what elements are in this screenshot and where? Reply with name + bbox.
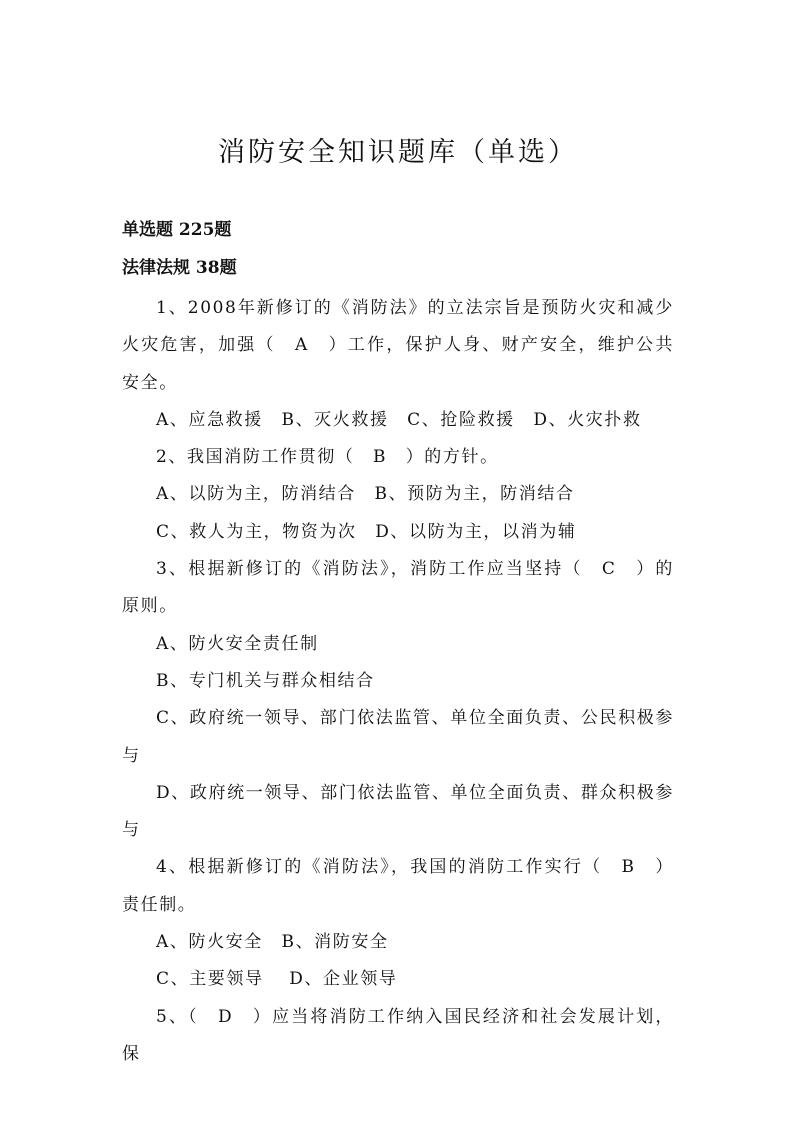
question-4-options-cd: C、主要领导 D、企业领导 xyxy=(122,961,674,998)
question-3-option-d: D、政府统一领导、部门依法监管、单位全面负责、群众积极参与 xyxy=(122,775,674,850)
question-1-options: A、应急救援 B、灭火救援 C、抢险救援 D、火灾扑救 xyxy=(122,402,674,439)
section-heading-single-choice: 单选题 225题 xyxy=(122,218,231,242)
question-3-text: 3、根据新修订的《消防法》，消防工作应当坚持（ C ）的原则。 xyxy=(122,551,674,626)
question-1-text: 1、2008年新修订的《消防法》的立法宗旨是预防火灾和减少火灾危害，加强（ A … xyxy=(122,290,674,402)
section-heading-laws: 法律法规 38题 xyxy=(122,256,237,280)
question-3-option-c: C、政府统一领导、部门依法监管、单位全面负责、公民积极参与 xyxy=(122,700,674,775)
question-2-text: 2、我国消防工作贯彻（ B ）的方针。 xyxy=(122,439,674,476)
question-3-option-a: A、防火安全责任制 xyxy=(122,626,674,663)
question-2-options-cd: C、救人为主，物资为次 D、以防为主，以消为辅 xyxy=(122,514,674,551)
question-3-option-b: B、专门机关与群众相结合 xyxy=(122,663,674,700)
question-4-text: 4、根据新修订的《消防法》，我国的消防工作实行（ B ）责任制。 xyxy=(122,849,674,924)
question-list: 1、2008年新修订的《消防法》的立法宗旨是预防火灾和减少火灾危害，加强（ A … xyxy=(122,290,674,1073)
question-5-text: 5、（ D ）应当将消防工作纳入国民经济和社会发展计划，保 xyxy=(122,999,674,1074)
document-title: 消防安全知识题库（单选） xyxy=(122,134,674,172)
question-2-options-ab: A、以防为主，防消结合 B、预防为主，防消结合 xyxy=(122,476,674,513)
question-4-options-ab: A、防火安全 B、消防安全 xyxy=(122,924,674,961)
